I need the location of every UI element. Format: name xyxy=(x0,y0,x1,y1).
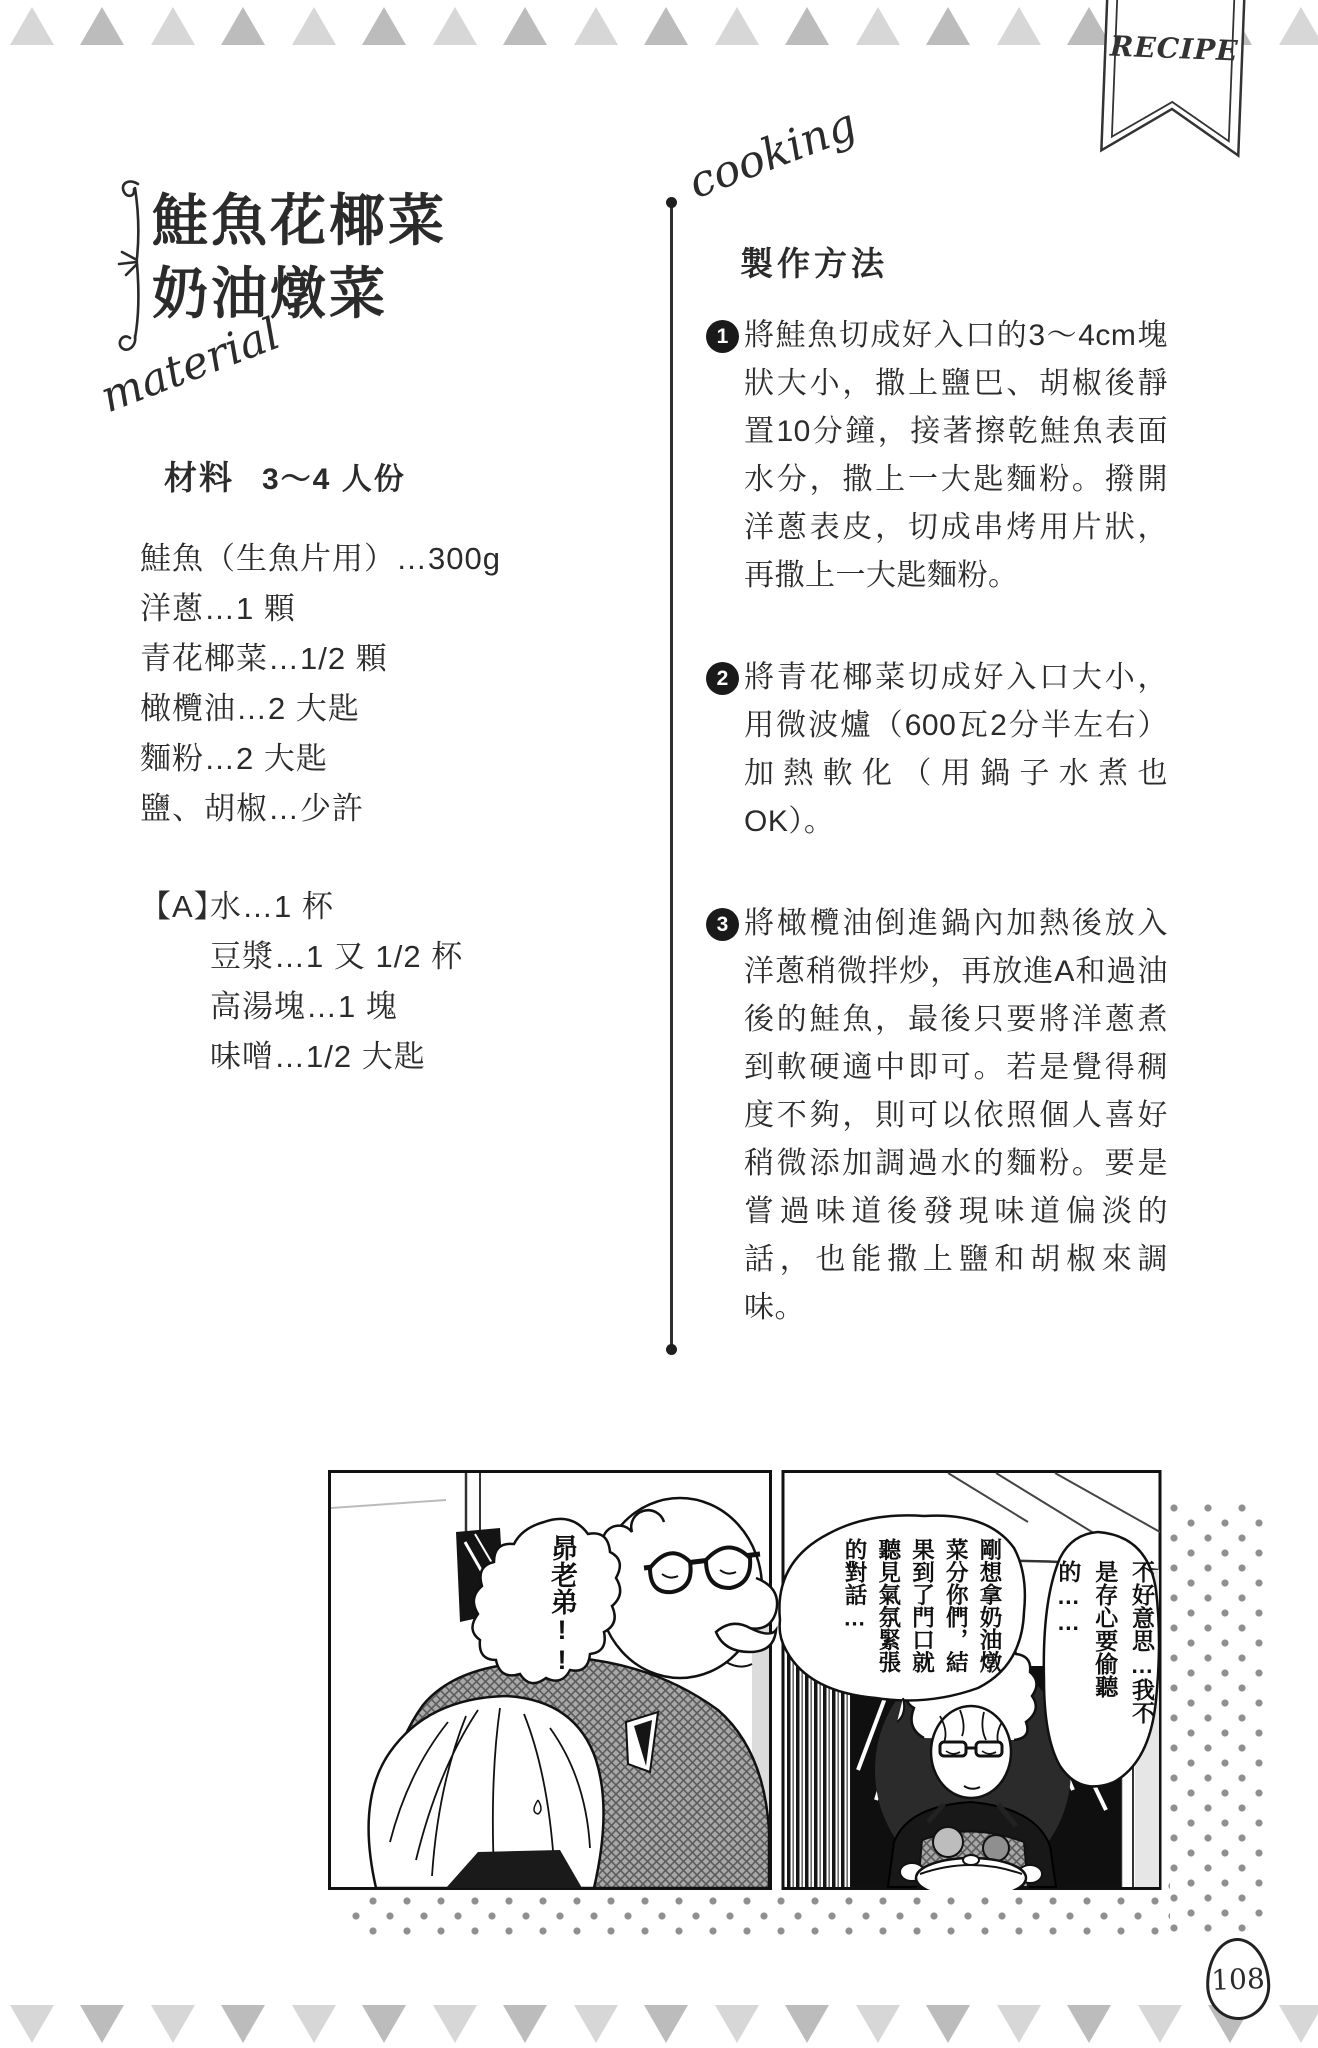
recipe-ribbon: RECIPE xyxy=(1096,0,1249,181)
recipe-title-line1: 鮭魚花椰菜 xyxy=(152,184,447,257)
bubble-text-subaru-apology: 不好意思…我不是存心要偷聽的…… xyxy=(1048,1560,1160,1730)
step-number-badge: 1 xyxy=(706,320,739,353)
group-a-items: 水…1 杯 豆漿…1 又 1/2 杯 高湯塊…1 塊 味噌…1/2 大匙 xyxy=(210,882,463,1082)
method-steps: 1將鮭魚切成好入口的3〜4cm塊狀大小，撒上鹽巴、胡椒後靜置10分鐘，接著擦乾鮭… xyxy=(706,312,1168,1386)
method-step-1: 1將鮭魚切成好入口的3〜4cm塊狀大小，撒上鹽巴、胡椒後靜置10分鐘，接著擦乾鮭… xyxy=(706,312,1168,600)
ingredient-item: 鮭魚（生魚片用）…300g xyxy=(140,534,501,584)
step-text: 將橄欖油倒進鍋內加熱後放入洋蔥稍微拌炒，再放進A和過油後的鮭魚，最後只要將洋蔥煮… xyxy=(744,907,1168,1324)
cooking-script-word: cooking xyxy=(682,99,864,209)
recipe-title-line2: 奶油燉菜 xyxy=(152,257,447,330)
bubble-text-agasa: 昴老弟!! xyxy=(519,1534,577,1694)
step-number-badge: 3 xyxy=(706,908,739,941)
step-number-badge: 2 xyxy=(706,662,739,695)
method-step-3: 3將橄欖油倒進鍋內加熱後放入洋蔥稍微拌炒，再放進A和過油後的鮭魚，最後只要將洋蔥… xyxy=(706,900,1168,1332)
ingredient-item: 青花椰菜…1/2 顆 xyxy=(140,634,501,684)
ingredient-item: 洋蔥…1 顆 xyxy=(140,584,501,634)
ingredient-item: 橄欖油…2 大匙 xyxy=(140,684,501,734)
group-a-item: 味噌…1/2 大匙 xyxy=(210,1032,463,1082)
group-a-label: 【A】 xyxy=(140,882,210,1082)
method-heading: 製作方法 xyxy=(740,238,888,285)
ribbon-bookmark-icon xyxy=(1096,0,1249,181)
title-bracket-ornament xyxy=(114,176,150,352)
material-heading-row: 材料3〜4 人份 xyxy=(164,452,406,499)
group-a-item: 高湯塊…1 塊 xyxy=(210,982,463,1032)
dot-pattern-right xyxy=(1168,1502,1272,1935)
bubble-text-subaru-explain: 剛想拿奶油燉菜分你們，結果到了門口就聽見氣氛緊張的對話… xyxy=(810,1538,1006,1688)
ingredient-item: 鹽、胡椒…少許 xyxy=(140,784,501,834)
page-number: 108 xyxy=(1211,1962,1266,1997)
section-divider-line xyxy=(670,202,673,1350)
group-a-item: 豆漿…1 又 1/2 杯 xyxy=(210,932,463,982)
step-text: 將青花椰菜切成好入口大小，用微波爐（600瓦2分半左右）加熱軟化（用鍋子水煮也O… xyxy=(744,661,1168,838)
triangle-border-bottom xyxy=(0,2004,1318,2046)
page-number-badge: 108 xyxy=(1205,1937,1272,2021)
ingredient-item: 麵粉…2 大匙 xyxy=(140,734,501,784)
ribbon-label: RECIPE xyxy=(1101,29,1248,68)
method-step-2: 2將青花椰菜切成好入口大小，用微波爐（600瓦2分半左右）加熱軟化（用鍋子水煮也… xyxy=(706,654,1168,846)
manga-panel-illustration xyxy=(328,1470,1162,1890)
recipe-page: RECIPE 鮭魚花椰菜 奶油燉菜 material 材料3〜4 人份 鮭魚（生… xyxy=(0,0,1318,2048)
recipe-title: 鮭魚花椰菜 奶油燉菜 xyxy=(152,184,447,330)
servings-label: 3〜4 人份 xyxy=(262,463,406,496)
ingredient-group-a: 【A】 水…1 杯 豆漿…1 又 1/2 杯 高湯塊…1 塊 味噌…1/2 大匙 xyxy=(140,882,463,1082)
group-a-item: 水…1 杯 xyxy=(210,882,463,932)
material-heading: 材料 xyxy=(164,459,234,496)
step-text: 將鮭魚切成好入口的3〜4cm塊狀大小，撒上鹽巴、胡椒後靜置10分鐘，接著擦乾鮭魚… xyxy=(744,319,1168,592)
ingredient-list: 鮭魚（生魚片用）…300g 洋蔥…1 顆 青花椰菜…1/2 顆 橄欖油…2 大匙… xyxy=(140,534,501,834)
